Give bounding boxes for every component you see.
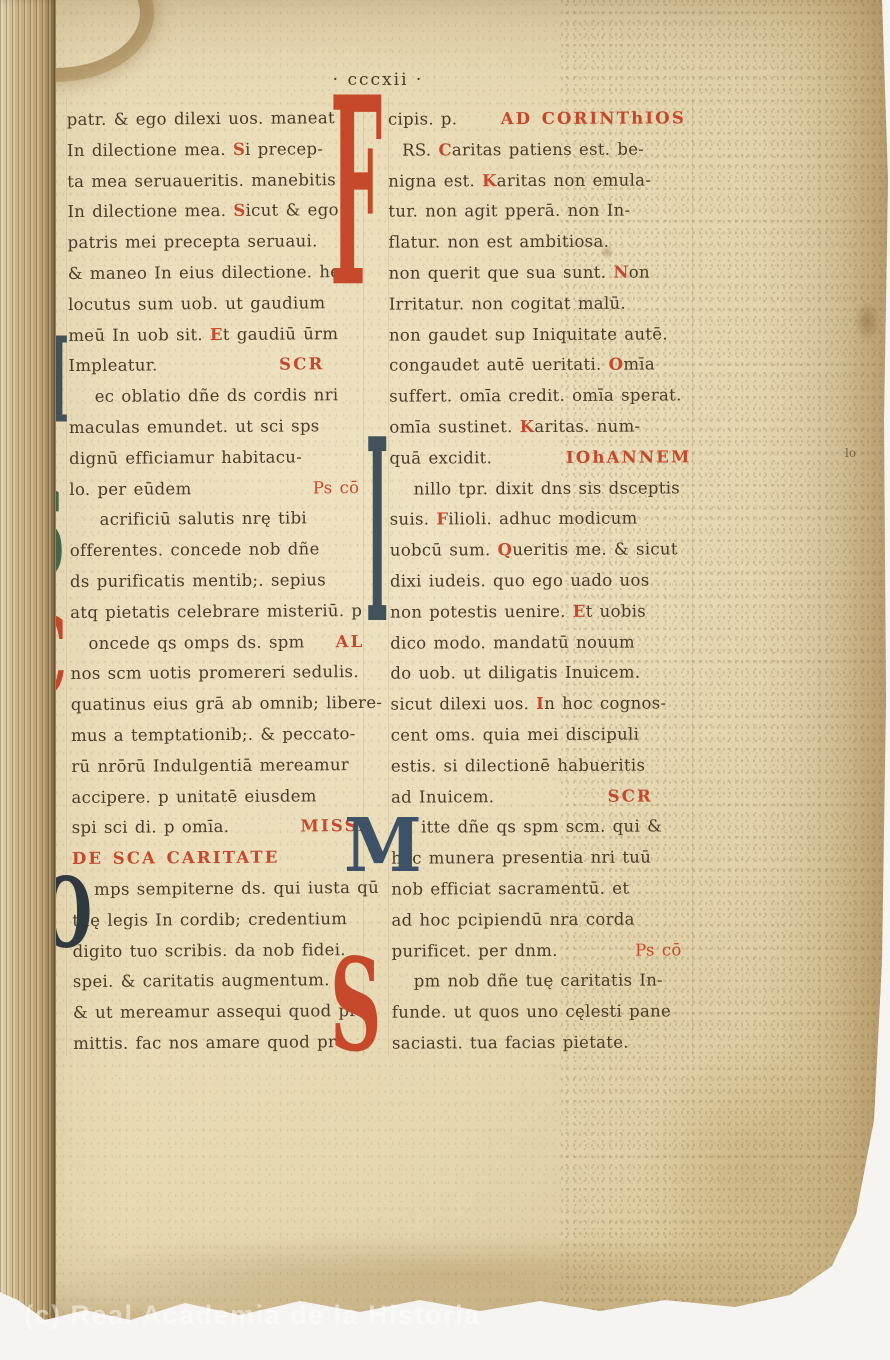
- body-text: oncede qs omps ds. spm: [88, 627, 304, 659]
- text-line: congaudet autē ueritati. Omīa: [389, 350, 691, 382]
- parchment-page: · cccxii · patr. & ego dilexi uos. manea…: [0, 0, 890, 1360]
- text-line: In dilectione mea. Si precep-: [67, 134, 369, 167]
- text-line: hęc munera presentia nri tuū: [391, 842, 693, 874]
- body-text: saciasti. tua facias pietate.: [392, 1028, 629, 1060]
- initial-m-secret: M: [344, 809, 422, 883]
- text-line: suffert. omīa credit. omīa sperat.: [389, 381, 691, 413]
- rubric-text: AL: [336, 627, 365, 658]
- body-text: non potestis uenire.: [390, 597, 573, 629]
- binding-gutter: [0, 0, 56, 1360]
- body-text: & maneo In eius dilectione. hec: [68, 257, 350, 290]
- rubric-text: C: [438, 135, 452, 166]
- text-line: locutus sum uob. ut gaudium: [68, 288, 370, 321]
- body-text: tuę legis In cordib; credentium: [72, 904, 347, 937]
- body-text: t gaudiū ūrm: [223, 319, 339, 351]
- text-line: ad Inuicem.SCR: [391, 781, 693, 813]
- rubric-text: Q: [498, 535, 513, 566]
- text-line: patris mei precepta seruaui.: [68, 226, 370, 259]
- body-text: atq pietatis celebrare misteriū. p: [70, 596, 362, 629]
- rubric-text: E: [210, 320, 223, 351]
- body-text: locutus sum uob. ut gaudium: [68, 288, 326, 321]
- body-text: aritas patiens est. be-: [452, 134, 644, 166]
- text-line: ta mea seruaueritis. manebitis: [67, 165, 369, 198]
- text-line: quā excidit.IOhANNEM: [389, 442, 691, 474]
- body-text: spi sci di. p omīa.: [72, 812, 230, 844]
- text-line: omīa sustinet. Karitas. num-: [389, 411, 691, 443]
- rubric-text: DE SCA CARITATE: [72, 843, 280, 875]
- body-text: accipere. p unitatē eiusdem: [71, 781, 316, 814]
- body-text: dico modo. mandatū nouum: [390, 627, 635, 659]
- body-text: funde. ut quos uno cęlesti pane: [392, 997, 671, 1029]
- text-line: mus a temptationib;. & peccato-: [71, 719, 373, 752]
- text-line: flatur. non est ambitiosa.: [388, 227, 690, 259]
- body-text: do uob. ut diligatis Inuicem.: [390, 658, 640, 690]
- rubric-text: Ps cō: [635, 935, 682, 966]
- body-text: meū In uob sit.: [68, 320, 210, 352]
- text-line: meū In uob sit. Et gaudiū ūrm: [68, 319, 370, 352]
- copyright-watermark: (c) Real Academia de la Historia: [24, 1300, 481, 1331]
- body-text: hęc munera presentia nri tuū: [391, 843, 651, 875]
- body-text: non querit que sua sunt.: [389, 258, 614, 290]
- book-page: · cccxii · patr. & ego dilexi uos. manea…: [0, 0, 890, 1360]
- body-text: maculas emundet. ut sci sps: [69, 411, 320, 444]
- body-text: omīa sustinet.: [389, 412, 520, 443]
- body-text: nigna est.: [388, 166, 482, 197]
- text-line: funde. ut quos uno cęlesti pane: [392, 996, 694, 1028]
- text-line: ad hoc pcipiendū nra corda: [391, 904, 693, 936]
- text-line: mps sempiterne ds. qui iusta qū: [72, 873, 374, 906]
- text-line: acrificiū salutis nrę tibi: [69, 503, 371, 536]
- body-text: itte dñe qs spm scm. qui &: [421, 812, 662, 844]
- body-text: icut & ego: [245, 196, 338, 227]
- body-text: spei. & caritatis augmentum.: [73, 966, 330, 999]
- initial-s-postcommunio: S: [330, 943, 381, 1070]
- body-text: In dilectione mea.: [67, 135, 233, 167]
- body-text: congaudet autē ueritati.: [389, 350, 609, 382]
- text-line: nob efficiat sacramentū. et: [391, 873, 693, 905]
- body-text: uobcū sum.: [390, 535, 498, 566]
- body-text: ilioli. adhuc modicum: [448, 504, 637, 536]
- body-text: purificet. per dnm.: [392, 935, 558, 967]
- text-line: saciasti. tua facias pietate.: [392, 1027, 694, 1059]
- rubric-text: Ps cō: [313, 473, 360, 504]
- text-line: non querit que sua sunt. Non: [389, 257, 691, 289]
- body-text: lo. per eūdem: [69, 474, 191, 506]
- body-text: In dilectione mea.: [67, 196, 233, 228]
- rubric-text: K: [482, 166, 497, 197]
- text-line: quatinus eius grā ab omnib; libere-: [71, 688, 373, 721]
- text-column-right: cipis. p.AD CORINThIOSRS. Caritas patien…: [388, 103, 694, 1059]
- text-line: non potestis uenire. Et uobis: [390, 596, 692, 628]
- rubric-text: K: [520, 412, 535, 443]
- rubric-text: S: [233, 196, 245, 227]
- body-text: quatinus eius grā ab omnib; libere-: [71, 688, 383, 721]
- body-text: ec oblatio dñe ds cordis nri: [95, 380, 339, 412]
- text-line: cent oms. quia mei discipuli: [391, 719, 693, 751]
- body-text: ds purificatis mentib;. sepius: [70, 565, 326, 598]
- body-text: pm nob dñe tuę caritatis In-: [414, 966, 663, 998]
- body-text: ad hoc pcipiendū nra corda: [391, 904, 634, 936]
- text-line: pm nob dñe tuę caritatis In-: [392, 966, 694, 998]
- body-text: i precep-: [245, 134, 323, 165]
- body-text: & ut mereamur assequi quod pro: [73, 996, 368, 1029]
- text-line: lo. per eūdemPs cō: [69, 473, 371, 506]
- rubric-text: E: [573, 597, 586, 628]
- text-line: offerentes. concede nob dñe: [70, 534, 372, 567]
- text-line: & maneo In eius dilectione. hec: [68, 257, 370, 290]
- body-text: suis.: [390, 505, 437, 536]
- body-text: quā excidit.: [389, 443, 492, 474]
- text-line: In dilectione mea. Sicut & ego: [67, 195, 369, 228]
- body-text: digito tuo scribis. da nob fidei.: [72, 935, 345, 968]
- text-line: itte dñe qs spm scm. qui &: [391, 812, 693, 844]
- rubric-text: IOhANNEM: [566, 442, 692, 473]
- body-text: RS.: [402, 135, 438, 166]
- margin-mark: lo: [845, 446, 856, 460]
- text-line: accipere. p unitatē eiusdem: [71, 780, 373, 813]
- text-line: purificet. per dnm.Ps cō: [392, 935, 694, 967]
- body-text: t uobis: [586, 596, 646, 627]
- text-line: dignū efficiamur habitacu-: [69, 442, 371, 475]
- text-line: spi sci di. p omīa.MISSA: [72, 811, 374, 844]
- body-text: n hoc cognos-: [544, 689, 666, 720]
- text-line: do uob. ut diligatis Inuicem.: [390, 658, 692, 690]
- text-line: RS. Caritas patiens est. be-: [388, 134, 690, 166]
- body-text: cipis. p.: [388, 104, 457, 135]
- body-text: Irritatur. non cogitat malū.: [389, 288, 626, 320]
- initial-f-epistle: F: [330, 65, 382, 324]
- body-text: on: [629, 258, 650, 289]
- text-line: nos scm uotis promereri sedulis.: [71, 657, 373, 690]
- body-text: mittis. fac nos amare quod pre: [73, 1027, 346, 1060]
- rubric-text: AD CORINThIOS: [501, 103, 686, 135]
- body-text: patris mei precepta seruaui.: [68, 227, 318, 260]
- rubric-text: I: [536, 689, 544, 720]
- text-line: dixi iudeis. quo ego uado uos: [390, 565, 692, 597]
- text-line: non gaudet sup Iniquitate autē.: [389, 319, 691, 351]
- body-text: acrificiū salutis nrę tibi: [99, 504, 307, 536]
- text-line: tur. non agit pperā. non In-: [388, 196, 690, 228]
- body-text: nob efficiat sacramentū. et: [391, 874, 629, 906]
- body-text: ta mea seruaueritis. manebitis: [67, 165, 336, 198]
- text-line: Impleatur.SCR: [68, 349, 370, 382]
- body-text: mus a temptationib;. & peccato-: [71, 719, 356, 752]
- text-line: patr. & ego dilexi uos. maneat: [67, 103, 369, 136]
- text-line: oncede qs omps ds. spmAL: [70, 626, 372, 659]
- body-text: aritas. num-: [534, 412, 640, 443]
- initial-i-gospel: I: [366, 410, 388, 662]
- text-line: nigna est. Karitas non emula-: [388, 165, 690, 197]
- body-text: non gaudet sup Iniquitate autē.: [389, 319, 668, 351]
- text-line: dico modo. mandatū nouum: [390, 627, 692, 659]
- body-text: flatur. non est ambitiosa.: [388, 227, 609, 259]
- body-text: aritas non emula-: [497, 165, 652, 196]
- body-text: sicut dilexi uos.: [390, 689, 536, 720]
- body-text: Impleatur.: [68, 351, 157, 382]
- body-text: tur. non agit pperā. non In-: [388, 196, 630, 228]
- text-line: estis. si dilectionē habueritis: [391, 750, 693, 782]
- body-text: estis. si dilectionē habueritis: [391, 750, 646, 782]
- body-text: offerentes. concede nob dñe: [70, 534, 320, 567]
- text-line: maculas emundet. ut sci sps: [69, 411, 371, 444]
- rubric-text: N: [613, 258, 629, 289]
- rubric-text: F: [436, 505, 448, 536]
- body-text: dixi iudeis. quo ego uado uos: [390, 565, 650, 597]
- text-line: cipis. p.AD CORINThIOS: [388, 103, 690, 135]
- manuscript-photo: · cccxii · patr. & ego dilexi uos. manea…: [0, 0, 890, 1360]
- rubric-text: S: [233, 135, 245, 166]
- body-text: dignū efficiamur habitacu-: [69, 442, 302, 474]
- body-text: mīa: [623, 350, 655, 381]
- body-text: cent oms. quia mei discipuli: [391, 720, 640, 752]
- body-text: nillo tpr. dixit dns sis dsceptis: [414, 473, 681, 505]
- body-text: rū nrōrū Indulgentiā mereamur: [71, 750, 349, 783]
- text-line: uobcū sum. Queritis me. & sicut: [390, 534, 692, 566]
- body-text: patr. & ego dilexi uos. maneat: [67, 103, 335, 136]
- text-line: sicut dilexi uos. In hoc cognos-: [390, 688, 692, 720]
- text-line: Irritatur. non cogitat malū.: [389, 288, 691, 320]
- body-text: suffert. omīa credit. omīa sperat.: [389, 381, 682, 413]
- text-line: DE SCA CARITATE: [72, 842, 374, 875]
- text-line: ec oblatio dñe ds cordis nri: [69, 380, 371, 413]
- rubric-text: SCR: [607, 781, 653, 812]
- text-line: rū nrōrū Indulgentiā mereamur: [71, 750, 373, 783]
- body-text: nos scm uotis promereri sedulis.: [71, 657, 359, 690]
- rubric-text: O: [609, 350, 624, 381]
- text-line: suis. Filioli. adhuc modicum: [390, 504, 692, 536]
- rubric-text: SCR: [279, 350, 325, 381]
- text-line: ds purificatis mentib;. sepius: [70, 565, 372, 598]
- text-line: atq pietatis celebrare misteriū. p: [70, 596, 372, 629]
- text-line: nillo tpr. dixit dns sis dsceptis: [390, 473, 692, 505]
- body-text: ueritis me. & sicut: [512, 535, 678, 567]
- body-text: mps sempiterne ds. qui iusta qū: [94, 873, 379, 906]
